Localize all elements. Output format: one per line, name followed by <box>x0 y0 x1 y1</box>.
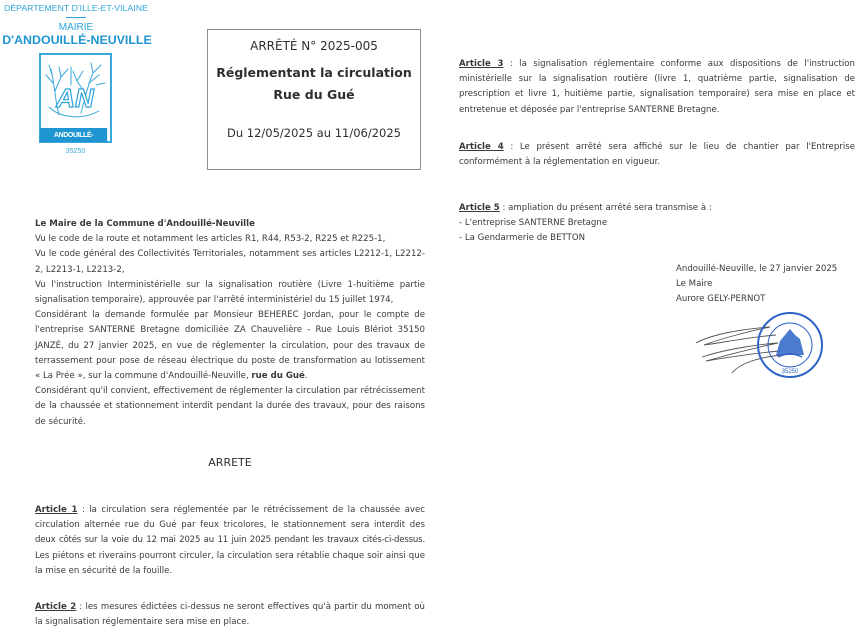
signatory-role: Le Maire <box>676 277 856 292</box>
article-5: Article 5 : ampliation du présent arrêté… <box>459 201 759 247</box>
considering-line: JANZÉ, du 27 janvier 2025, en vue de rég… <box>35 339 425 354</box>
commune-logo: AN ANDOUILLÉ-NEUVILLE <box>39 53 112 143</box>
recipient-item: - L'entreprise SANTERNE Bretagne <box>459 216 759 231</box>
article-2-label: Article 2 <box>35 602 76 612</box>
preamble-heading: Le Maire de la Commune d'Andouillé-Neuvi… <box>35 217 425 232</box>
svg-text:AN: AN <box>55 83 95 113</box>
department-name: DÉPARTEMENT D'ILLE-ET-VILAINE <box>3 3 149 13</box>
article-5-label: Article 5 <box>459 203 500 213</box>
article-4-label: Article 4 <box>459 142 504 152</box>
mairie-label: MAIRIE <box>3 22 149 33</box>
article-2: Article 2 : les mesures édictées ci-dess… <box>35 600 425 629</box>
recipient-item: - La Gendarmerie de BETTON <box>459 231 759 246</box>
visa-line: 2, L2213-1, L2213-2, <box>35 263 425 278</box>
decree-title-box: ARRÊTÉ N° 2025-005 Réglementant la circu… <box>207 29 421 170</box>
postcode: 35250 <box>39 148 112 155</box>
article-1-label: Article 1 <box>35 505 78 515</box>
article-3: Article 3 : la signalisation réglementai… <box>459 57 855 118</box>
visa-line: Vu le code général des Collectivités Ter… <box>35 247 425 262</box>
decree-street: Rue du Gué <box>208 87 420 102</box>
signature-block: Andouillé-Neuville, le 27 janvier 2025 L… <box>676 262 856 308</box>
place-date: Andouillé-Neuville, le 27 janvier 2025 <box>676 262 856 277</box>
considering-line: terrassement pour pose de réseau électri… <box>35 354 425 369</box>
logo-band-text: ANDOUILLÉ-NEUVILLE <box>40 128 107 142</box>
tree-hand-logo-icon: AN <box>41 55 110 127</box>
svg-text:35250: 35250 <box>782 369 799 375</box>
considering-line: l'entreprise SANTERNE Bretagne domicilié… <box>35 323 425 338</box>
decree-number: ARRÊTÉ N° 2025-005 <box>208 39 420 53</box>
preamble: Le Maire de la Commune d'Andouillé-Neuvi… <box>35 217 425 430</box>
decree-dates: Du 12/05/2025 au 11/06/2025 <box>208 126 420 140</box>
decision-heading: ARRETE <box>35 456 425 469</box>
considering-line: Considérant qu'il convient, effectivemen… <box>35 384 425 399</box>
signature-and-stamp: 35250 <box>690 305 825 385</box>
considering-line: Considérant la demande formulée par Mons… <box>35 308 425 323</box>
location-line: « La Prée », sur la commune d'Andouillé-… <box>35 369 425 384</box>
article-4: Article 4 : Le présent arrêté sera affic… <box>459 140 855 170</box>
header-divider <box>66 17 86 18</box>
article-3-label: Article 3 <box>459 59 503 69</box>
article-1: Article 1 : la circulation sera réglemen… <box>35 503 425 579</box>
considering-line: de sécurité. <box>35 415 425 430</box>
considering-line: de la chaussée et stationnement interdit… <box>35 399 425 414</box>
visa-line: Vu l'instruction Interministérielle sur … <box>35 278 425 293</box>
decree-subject: Réglementant la circulation <box>208 65 420 80</box>
visa-line: Vu le code de la route et notamment les … <box>35 232 425 247</box>
commune-name: D'ANDOUILLÉ-NEUVILLE <box>2 33 152 47</box>
official-stamp-icon: 35250 <box>758 313 822 377</box>
visa-line: signalisation temporaire), approuvée par… <box>35 293 425 308</box>
handwritten-signature-icon <box>696 327 782 373</box>
